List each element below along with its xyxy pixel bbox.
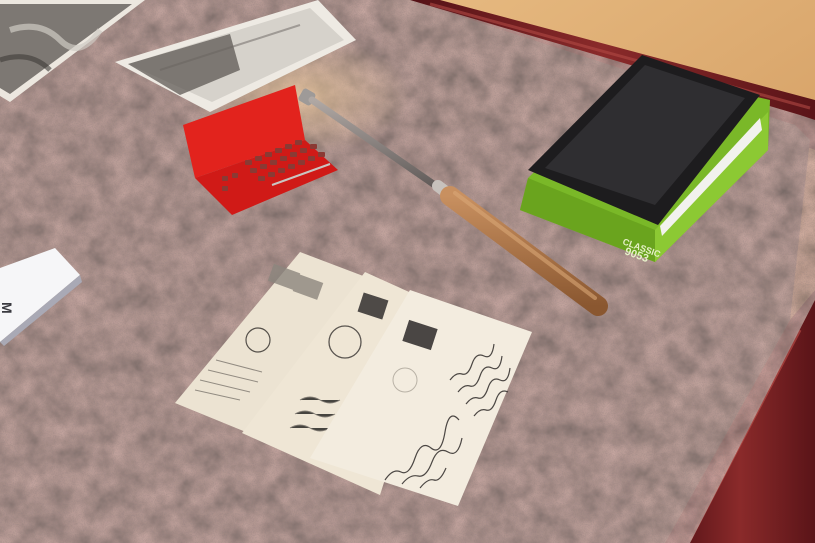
photo-canvas: CLASSIC 9053 M — [0, 0, 815, 543]
photo-scene: CLASSIC 9053 M — [0, 0, 815, 543]
white-card-letter: M — [0, 302, 15, 314]
